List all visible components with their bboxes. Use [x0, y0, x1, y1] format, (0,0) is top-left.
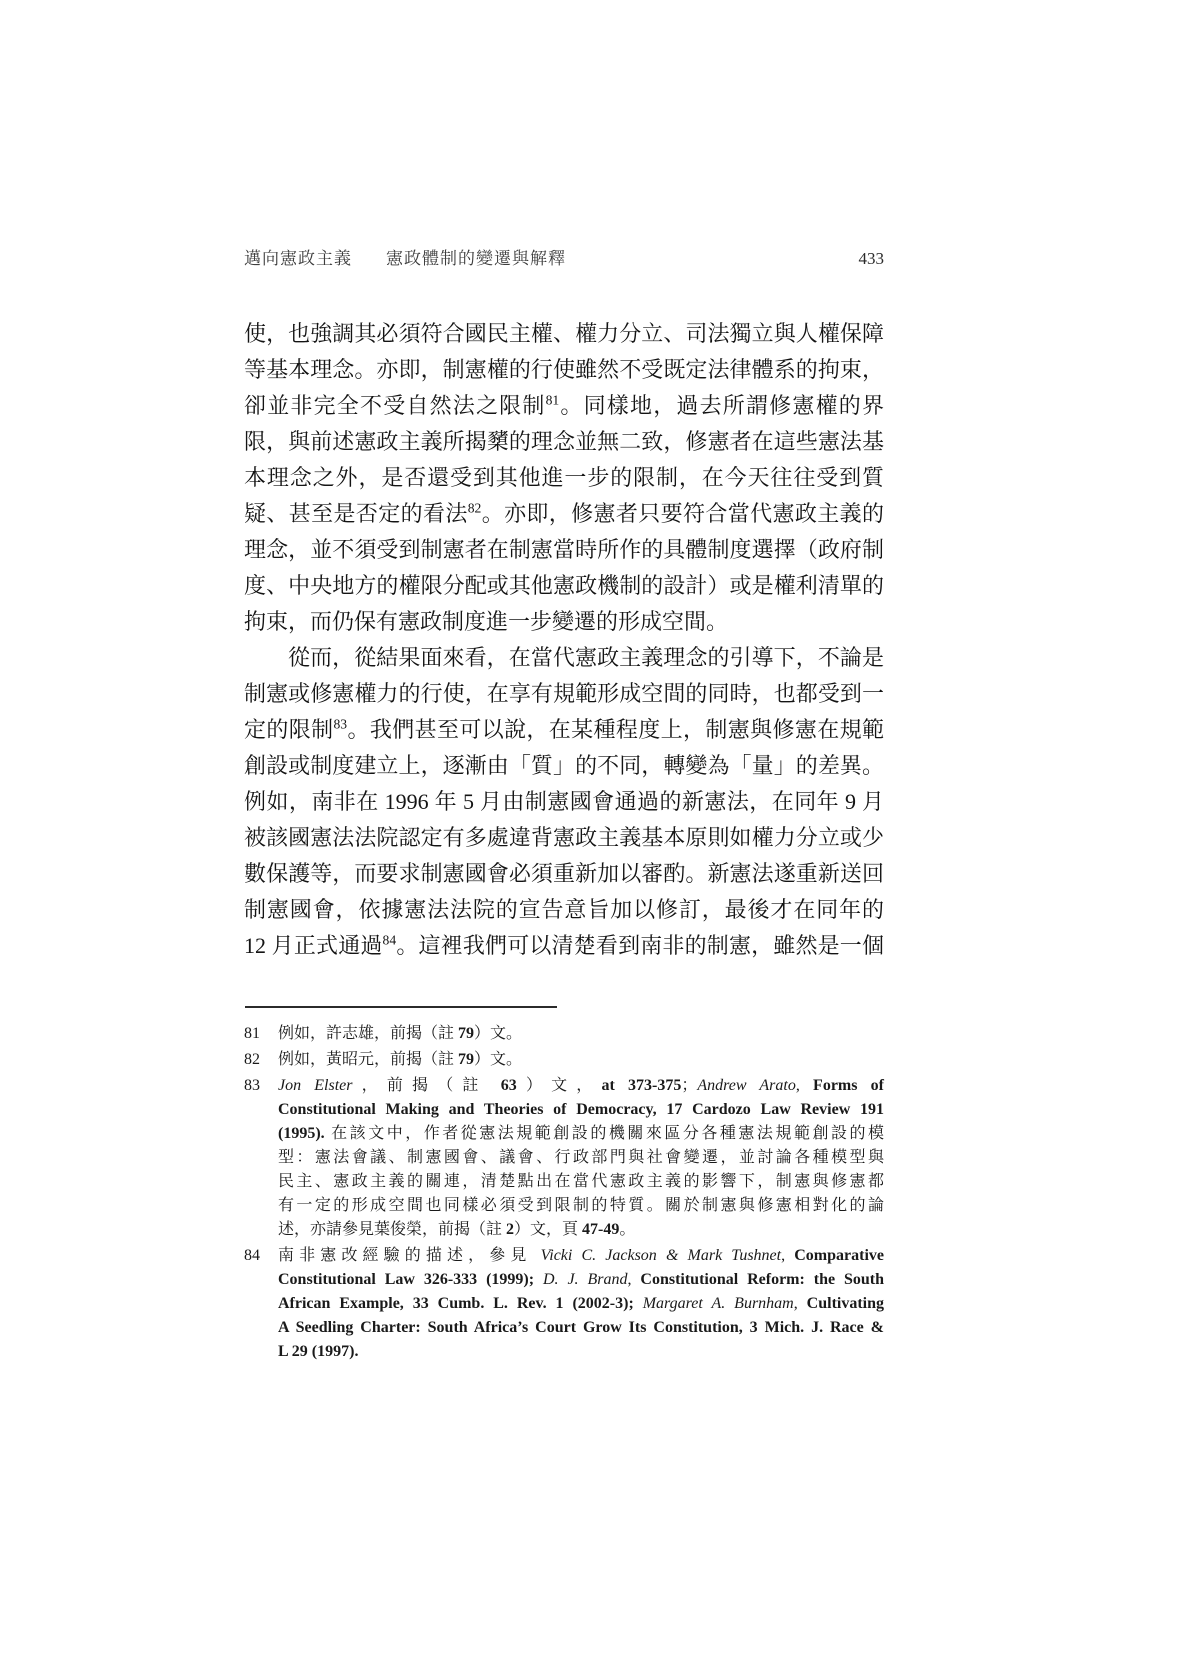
- footnote-separator: [245, 1006, 557, 1008]
- body-line: 制憲或修憲權力的行使，在享有規範形成空間的同時，也都受到一: [244, 676, 884, 712]
- text-segment: 定的限制: [244, 717, 333, 742]
- text-segment: 理念，並不須受到制憲者在制憲當時所作的具體制度選擇（政府制: [244, 537, 884, 562]
- footnote-line: 南非憲改經驗的描述，參見 Vicki C. Jackson & Mark Tus…: [278, 1244, 884, 1268]
- text-segment: 本理念之外，是否還受到其他進一步的限制，在今天往往受到質: [244, 465, 884, 490]
- text-segment: Forms of: [813, 1077, 884, 1094]
- body-line: 定的限制83。我們甚至可以說，在某種程度上，制憲與修憲在規範: [244, 712, 884, 748]
- text-segment: 在該文中，作者從憲法規範創設的機關來區分各種憲法規範創設的模: [325, 1125, 884, 1142]
- body-text: 使，也強調其必須符合國民主權、權力分立、司法獨立與人權保障等基本理念。亦即，制憲…: [244, 316, 884, 964]
- body-line: 本理念之外，是否還受到其他進一步的限制，在今天往往受到質: [244, 460, 884, 496]
- page-header: 邁向憲政主義憲政體制的變遷與解釋 433: [244, 244, 884, 269]
- text-segment: ）文，: [517, 1077, 602, 1094]
- footnote-line: Constitutional Law 326-333 (1999); D. J.…: [278, 1268, 884, 1292]
- text-segment: 度、中央地方的權限分配或其他憲政機制的設計）或是權利清單的: [244, 573, 884, 598]
- text-segment: Jon Elster: [278, 1077, 353, 1094]
- body-line: 疑、甚至是否定的看法82。亦即，修憲者只要符合當代憲政主義的: [244, 496, 884, 532]
- text-segment: Margaret A. Burnham: [643, 1295, 794, 1312]
- body-line: 制憲國會，依據憲法法院的宣告意旨加以修訂，最後才在同年的: [244, 892, 884, 928]
- text-segment: Vicki C. Jackson & Mark Tushnet: [541, 1247, 781, 1264]
- document-page: 邁向憲政主義憲政體制的變遷與解釋 433 使，也強調其必須符合國民主權、權力分立…: [0, 0, 1177, 1664]
- footnote-number: 84: [244, 1244, 278, 1364]
- text-segment: 。我們甚至可以說，在某種程度上，制憲與修憲在規範: [347, 717, 884, 742]
- footnote-ref: 81: [546, 393, 560, 408]
- footnote-line: African Example, 33 Cumb. L. Rev. 1 (200…: [278, 1292, 884, 1316]
- footnote-line: 民主、憲政主義的關連，清楚點出在當代憲政主義的影響下，制憲與修憲都: [278, 1170, 884, 1194]
- text-segment: Comparative: [794, 1247, 884, 1264]
- text-segment: 79: [458, 1051, 474, 1068]
- text-segment: 例如，黃昭元，前揭（註: [278, 1051, 458, 1068]
- footnote-number: 82: [244, 1048, 278, 1072]
- footnote-line: 例如，黃昭元，前揭（註 79）文。: [278, 1048, 884, 1072]
- text-segment: 型：憲法會議、制憲國會、議會、行政部門與社會變遷，並討論各種模型與: [278, 1149, 884, 1166]
- text-segment: 。這裡我們可以清楚看到南非的制憲，雖然是一個: [396, 933, 884, 958]
- text-segment: 。: [619, 1221, 635, 1238]
- running-title-right: 憲政體制的變遷與解釋: [386, 249, 566, 268]
- text-segment: 。亦即，修憲者只要符合當代憲政主義的: [481, 501, 884, 526]
- footnote-line: Constitutional Making and Theories of De…: [278, 1098, 884, 1122]
- body-line: 從而，從結果面來看，在當代憲政主義理念的引導下，不論是: [244, 640, 884, 676]
- body-line: 創設或制度建立上，逐漸由「質」的不同，轉變為「量」的差異。: [244, 748, 884, 784]
- body-line: 12 月正式通過84。這裡我們可以清楚看到南非的制憲，雖然是一個: [244, 928, 884, 964]
- text-segment: 南非憲改經驗的描述，參見: [278, 1247, 541, 1264]
- text-segment: 制憲或修憲權力的行使，在享有規範形成空間的同時，也都受到一: [244, 681, 884, 706]
- text-segment: Constitutional Reform: the South: [640, 1271, 884, 1288]
- text-segment: ；: [681, 1077, 697, 1094]
- footnote-line: 例如，許志雄，前揭（註 79）文。: [278, 1022, 884, 1046]
- text-segment: 79: [458, 1025, 474, 1042]
- text-segment: ）文。: [474, 1025, 522, 1042]
- body-line: 理念，並不須受到制憲者在制憲當時所作的具體制度選擇（政府制: [244, 532, 884, 568]
- text-segment: 從而，從結果面來看，在當代憲政主義理念的引導下，不論是: [288, 645, 884, 670]
- footnote-number: 83: [244, 1074, 278, 1242]
- page-number: 433: [859, 249, 885, 269]
- text-segment: ,: [781, 1247, 794, 1264]
- body-line: 例如，南非在 1996 年 5 月由制憲國會通過的新憲法，在同年 9 月: [244, 784, 884, 820]
- text-segment: 47-49: [582, 1221, 619, 1238]
- text-segment: Cultivating: [807, 1295, 884, 1312]
- footnote-text: Jon Elster，前揭（註 63）文，at 373-375；Andrew A…: [278, 1074, 884, 1242]
- text-segment: 疑、甚至是否定的看法: [244, 501, 468, 526]
- footnote-line: A Seedling Charter: South Africa’s Court…: [278, 1316, 884, 1340]
- footnote-line: (1995). 在該文中，作者從憲法規範創設的機關來區分各種憲法規範創設的模: [278, 1122, 884, 1146]
- text-segment: 。同樣地，過去所謂修憲權的界: [559, 393, 884, 418]
- body-line: 被該國憲法法院認定有多處違背憲政主義基本原則如權力分立或少: [244, 820, 884, 856]
- footnotes-section: 81例如，許志雄，前揭（註 79）文。82例如，黃昭元，前揭（註 79）文。83…: [244, 1022, 884, 1366]
- text-segment: ,: [627, 1271, 640, 1288]
- footnote-entry: 83Jon Elster，前揭（註 63）文，at 373-375；Andrew…: [244, 1074, 884, 1242]
- body-line: 使，也強調其必須符合國民主權、權力分立、司法獨立與人權保障: [244, 316, 884, 352]
- text-segment: Constitutional Law 326-333 (1999);: [278, 1271, 543, 1288]
- text-segment: Andrew Arato: [697, 1077, 796, 1094]
- footnote-text: 例如，許志雄，前揭（註 79）文。: [278, 1022, 884, 1046]
- text-segment: 例如，南非在 1996 年 5 月由制憲國會通過的新憲法，在同年 9 月: [244, 789, 884, 814]
- footnote-line: 述，亦請參見葉俊榮，前揭（註 2）文，頁 47-49。: [278, 1218, 884, 1242]
- text-segment: ）文。: [474, 1051, 522, 1068]
- text-segment: 創設或制度建立上，逐漸由「質」的不同，轉變為「量」的差異。: [244, 753, 884, 778]
- footnote-number: 81: [244, 1022, 278, 1046]
- text-segment: L 29 (1997).: [278, 1343, 358, 1360]
- text-segment: D. J. Brand: [543, 1271, 627, 1288]
- running-title-left: 邁向憲政主義: [244, 249, 352, 268]
- body-line: 數保護等，而要求制憲國會必須重新加以審酌。新憲法遂重新送回: [244, 856, 884, 892]
- footnote-line: L 29 (1997).: [278, 1340, 884, 1364]
- body-line: 等基本理念。亦即，制憲權的行使雖然不受既定法律體系的拘束，: [244, 352, 884, 388]
- text-segment: at 373-375: [601, 1077, 681, 1094]
- text-segment: 有一定的形成空間也同樣必須受到限制的特質。關於制憲與修憲相對化的論: [278, 1197, 884, 1214]
- text-segment: ）文，頁: [514, 1221, 582, 1238]
- body-line: 度、中央地方的權限分配或其他憲政機制的設計）或是權利清單的: [244, 568, 884, 604]
- body-line: 卻並非完全不受自然法之限制81。同樣地，過去所謂修憲權的界: [244, 388, 884, 424]
- footnote-text: 南非憲改經驗的描述，參見 Vicki C. Jackson & Mark Tus…: [278, 1244, 884, 1364]
- text-segment: ，前揭（註: [353, 1077, 501, 1094]
- footnote-entry: 81例如，許志雄，前揭（註 79）文。: [244, 1022, 884, 1046]
- footnote-entry: 84南非憲改經驗的描述，參見 Vicki C. Jackson & Mark T…: [244, 1244, 884, 1364]
- text-segment: 數保護等，而要求制憲國會必須重新加以審酌。新憲法遂重新送回: [244, 861, 884, 886]
- text-segment: 12 月正式通過: [244, 933, 383, 958]
- footnote-line: Jon Elster，前揭（註 63）文，at 373-375；Andrew A…: [278, 1074, 884, 1098]
- footnote-ref: 83: [333, 717, 347, 732]
- footnote-entry: 82例如，黃昭元，前揭（註 79）文。: [244, 1048, 884, 1072]
- text-segment: 卻並非完全不受自然法之限制: [244, 393, 546, 418]
- footnote-line: 型：憲法會議、制憲國會、議會、行政部門與社會變遷，並討論各種模型與: [278, 1146, 884, 1170]
- text-segment: 制憲國會，依據憲法法院的宣告意旨加以修訂，最後才在同年的: [244, 897, 884, 922]
- text-segment: ,: [796, 1077, 813, 1094]
- text-segment: 等基本理念。亦即，制憲權的行使雖然不受既定法律體系的拘束，: [244, 357, 884, 382]
- footnote-line: 有一定的形成空間也同樣必須受到限制的特質。關於制憲與修憲相對化的論: [278, 1194, 884, 1218]
- text-segment: 民主、憲政主義的關連，清楚點出在當代憲政主義的影響下，制憲與修憲都: [278, 1173, 884, 1190]
- text-segment: African Example, 33 Cumb. L. Rev. 1 (200…: [278, 1295, 643, 1312]
- footnote-ref: 84: [383, 933, 397, 948]
- text-segment: 例如，許志雄，前揭（註: [278, 1025, 458, 1042]
- text-segment: 拘束，而仍保有憲政制度進一步變遷的形成空間。: [244, 609, 728, 634]
- text-segment: (1995).: [278, 1125, 325, 1142]
- footnote-ref: 82: [468, 501, 482, 516]
- text-segment: A Seedling Charter: South Africa’s Court…: [278, 1319, 884, 1336]
- body-line: 限，與前述憲政主義所揭櫫的理念並無二致，修憲者在這些憲法基: [244, 424, 884, 460]
- text-segment: 2: [506, 1221, 514, 1238]
- text-segment: 述，亦請參見葉俊榮，前揭（註: [278, 1221, 506, 1238]
- text-segment: Constitutional Making and Theories of De…: [278, 1101, 884, 1118]
- body-line: 拘束，而仍保有憲政制度進一步變遷的形成空間。: [244, 604, 884, 640]
- text-segment: 限，與前述憲政主義所揭櫫的理念並無二致，修憲者在這些憲法基: [244, 429, 884, 454]
- text-segment: 被該國憲法法院認定有多處違背憲政主義基本原則如權力分立或少: [244, 825, 884, 850]
- text-segment: 63: [501, 1077, 517, 1094]
- footnote-text: 例如，黃昭元，前揭（註 79）文。: [278, 1048, 884, 1072]
- text-segment: ,: [794, 1295, 807, 1312]
- text-segment: 使，也強調其必須符合國民主權、權力分立、司法獨立與人權保障: [244, 321, 884, 346]
- running-title: 邁向憲政主義憲政體制的變遷與解釋: [244, 244, 566, 269]
